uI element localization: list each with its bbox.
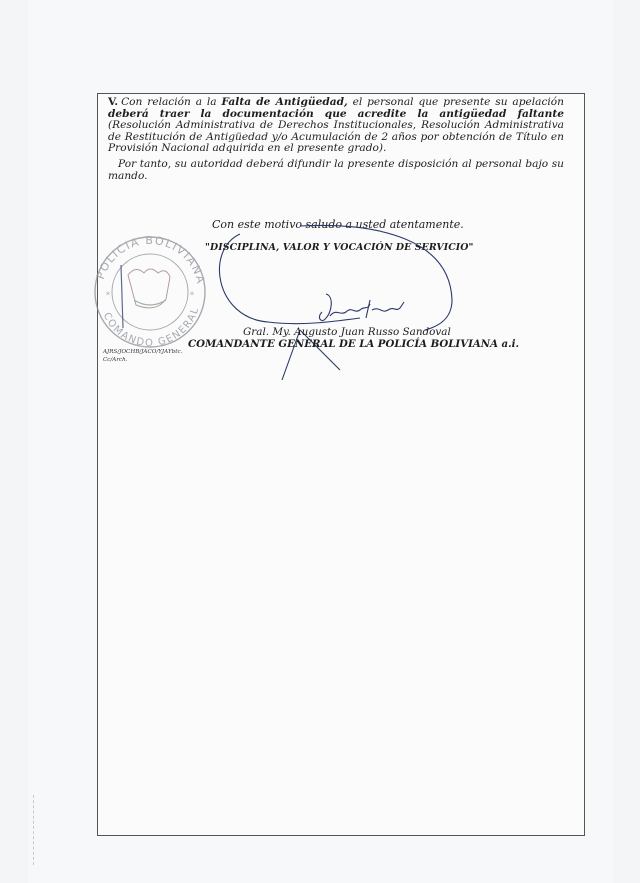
paragraph-instruction: Por tanto, su autoridad deberá difundir …: [108, 159, 564, 182]
copy-note: Cc/Arch.: [103, 357, 128, 363]
reference-initials: AJRS/JOCHB/JACO/YJAYbtc.: [103, 349, 182, 355]
emphasis-falta-antiguedad: Falta de Antigüedad,: [221, 96, 347, 108]
signer-name: Gral. My. Augusto Juan Russo Sandoval: [243, 326, 451, 338]
content-frame: [97, 93, 585, 836]
closing-salutation: Con este motivo saludo a usted atentamen…: [212, 218, 464, 231]
institutional-motto: "DISCIPLINA, VALOR Y VOCACIÓN DE SERVICI…: [205, 242, 474, 253]
signer-title: COMANDANTE GENERAL DE LA POLICÍA BOLIVIA…: [188, 338, 519, 350]
paragraph-v: V.Con relación a la Falta de Antigüedad,…: [108, 97, 564, 155]
emphasis-documentation: deberá traer la documentación que acredi…: [108, 108, 564, 120]
paragraph-number: V.: [108, 96, 118, 108]
scan-edge-mark: [33, 795, 35, 865]
